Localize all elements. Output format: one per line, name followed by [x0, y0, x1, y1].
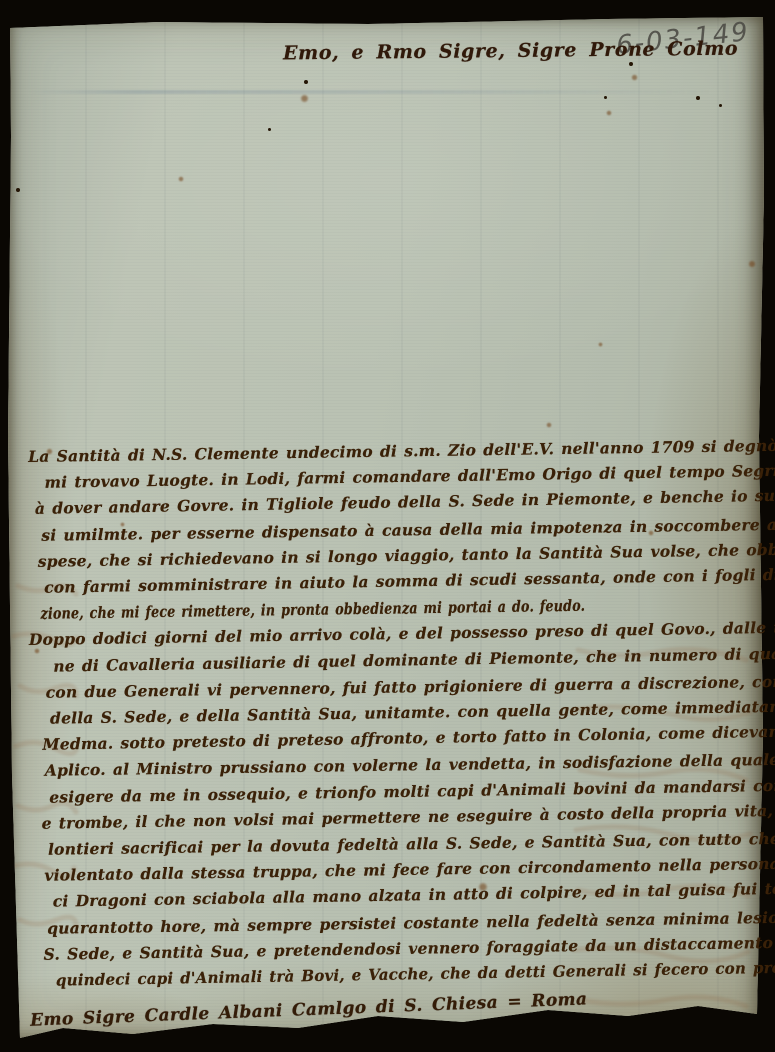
- ink-speck: [629, 62, 633, 66]
- paper-stain: [606, 110, 612, 116]
- paper-stain: [300, 94, 309, 103]
- ink-speck: [16, 188, 20, 192]
- paper-stain: [631, 74, 638, 81]
- ink-speck: [304, 80, 308, 84]
- ink-speck: [719, 104, 722, 107]
- ink-speck: [696, 96, 700, 100]
- ink-speck: [268, 128, 271, 131]
- fold-crease: [28, 90, 748, 94]
- manuscript-scan: 6-03-149 Emo, e Rmo Sigre, Sigre Prone C…: [0, 0, 775, 1052]
- paper-stain: [748, 260, 756, 268]
- letter-body: La Santità di N.S. Clemente undecimo di …: [26, 433, 750, 994]
- paper-stain: [598, 342, 603, 347]
- paper-stain: [546, 422, 552, 428]
- ink-speck: [604, 96, 607, 99]
- paper-stain: [178, 176, 184, 182]
